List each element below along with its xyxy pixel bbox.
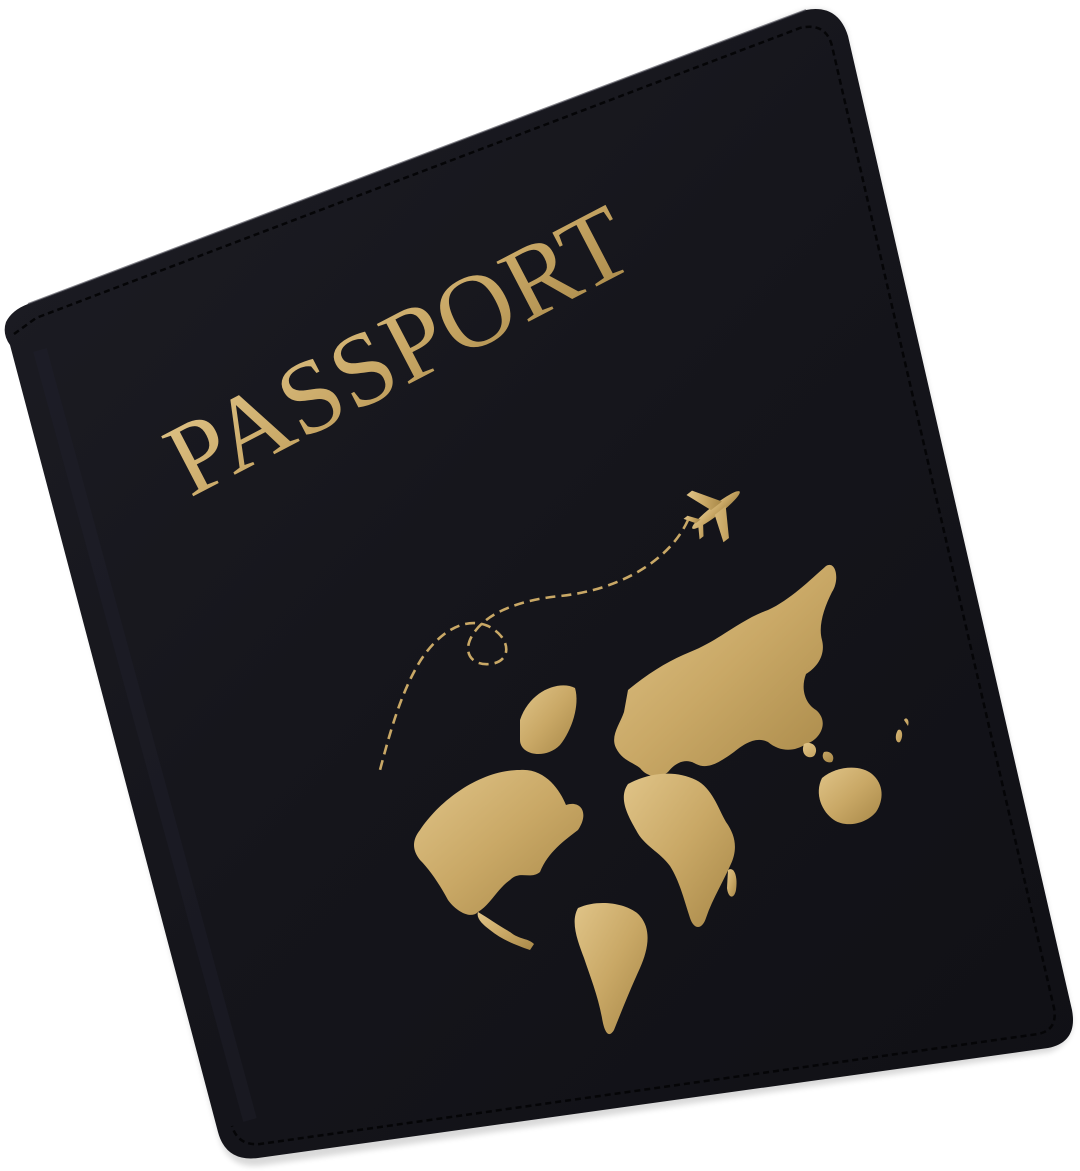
cover-leather	[5, 9, 1073, 1158]
passport-cover	[5, 9, 1073, 1166]
product-photo: PASSPORT	[0, 0, 1080, 1171]
